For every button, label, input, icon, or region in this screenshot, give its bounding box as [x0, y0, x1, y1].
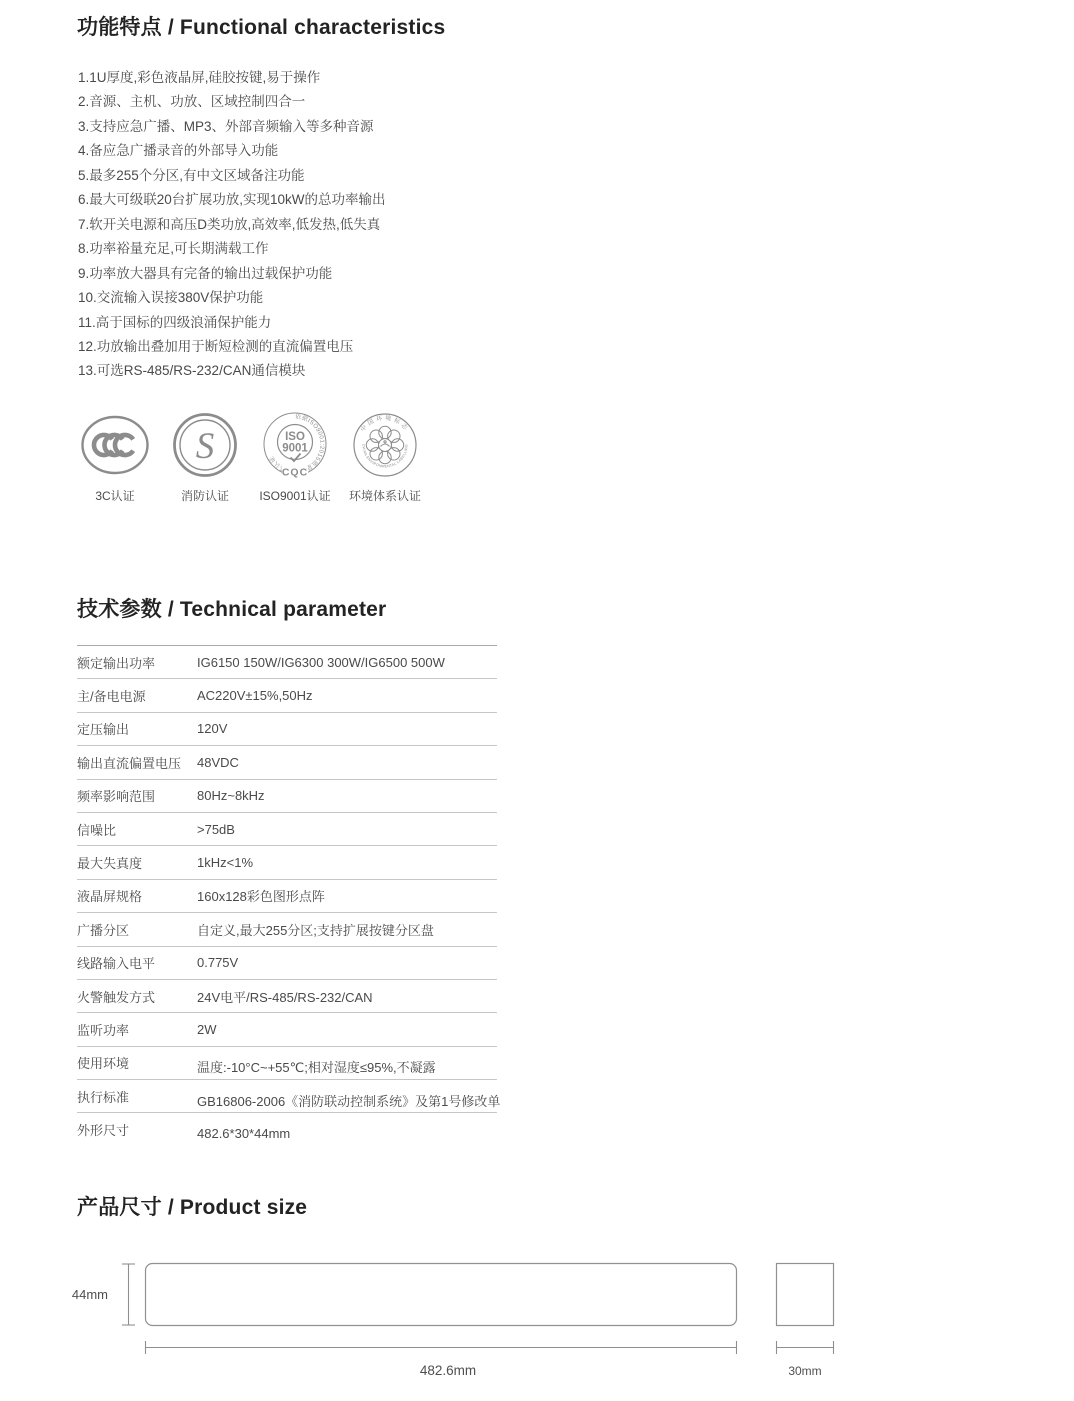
feature-item: 2.音源、主机、功放、区域控制四合一 [78, 90, 386, 114]
feature-item: 11.高于国标的四级浪涌保护能力 [78, 311, 386, 335]
iso9001-icon: 依据ISO9001:2015质量管理体系认证 ISO 9001 CQC [259, 412, 331, 482]
param-value: 0.775V [197, 955, 238, 970]
size-title-zh: 产品尺寸 [77, 1196, 162, 1219]
param-row: 最大失真度 1kHz<1% [77, 845, 497, 878]
param-value: 80Hz~8kHz [197, 788, 265, 803]
param-label: 使用环境 [77, 1053, 197, 1072]
param-value: IG6150 150W/IG6300 300W/IG6500 500W [197, 655, 445, 670]
eco-label-icon: 中国环境标志 CHINA ENVIRONMENTAL LABELLING [349, 412, 421, 482]
features-title-zh: 功能特点 [77, 16, 162, 39]
param-label: 线路输入电平 [77, 953, 197, 972]
param-row: 主/备电电源 AC220V±15%,50Hz [77, 678, 497, 711]
param-row: 使用环境 温度:-10°C~+55℃;相对湿度≤95%,不凝露 [77, 1046, 497, 1079]
product-size-diagram: 44mm 482.6mm 30mm [0, 1255, 1074, 1401]
feature-item: 1.1U厚度,彩色液晶屏,硅胶按键,易于操作 [78, 66, 386, 90]
cert-badge-ccc: 3C认证 [72, 412, 158, 504]
size-section-title: 产品尺寸 / Product size [77, 1196, 307, 1220]
certification-badges: 3C认证 S 消防认证 依据ISO9001:2015质量管理体系认证 [72, 412, 428, 504]
param-row: 输出直流偏置电压 48VDC [77, 745, 497, 778]
feature-item: 10.交流输入误接380V保护功能 [78, 286, 386, 310]
param-value: 1kHz<1% [197, 855, 253, 870]
iso-line1: ISO [285, 431, 305, 443]
param-value: >75dB [197, 822, 235, 837]
param-row: 额定输出功率 IG6150 150W/IG6300 300W/IG6500 50… [77, 645, 497, 678]
param-row: 执行标准 GB16806-2006《消防联动控制系统》及第1号修改单 [77, 1079, 497, 1112]
iso-line2: 9001 [282, 443, 308, 455]
cert-label: 3C认证 [95, 487, 134, 504]
title-separator: / [162, 1196, 180, 1219]
param-row: 监听功率 2W [77, 1012, 497, 1045]
param-label: 外形尺寸 [77, 1120, 197, 1139]
cert-label: 环境体系认证 [349, 487, 421, 504]
cert-badge-fire: S 消防认证 [162, 412, 248, 504]
feature-item: 9.功率放大器具有完备的输出过载保护功能 [78, 262, 386, 286]
feature-item: 13.可选RS-485/RS-232/CAN通信模块 [78, 359, 386, 383]
feature-item: 7.软开关电源和高压D类功放,高效率,低发热,低失真 [78, 213, 386, 237]
param-row: 频率影响范围 80Hz~8kHz [77, 779, 497, 812]
cert-badge-iso9001: 依据ISO9001:2015质量管理体系认证 ISO 9001 CQC ISO9… [252, 412, 338, 504]
param-row: 液晶屏规格 160x128彩色图形点阵 [77, 879, 497, 912]
param-row: 火警触发方式 24V电平/RS-485/RS-232/CAN [77, 979, 497, 1012]
param-label: 额定输出功率 [77, 653, 197, 672]
tech-title-zh: 技术参数 [77, 598, 162, 621]
param-label: 定压输出 [77, 719, 197, 738]
height-dimension-line [122, 1264, 135, 1325]
param-row: 线路输入电平 0.775V [77, 946, 497, 979]
tech-section-title: 技术参数 / Technical parameter [77, 598, 386, 622]
param-value: 48VDC [197, 755, 239, 770]
side-view-rect [777, 1264, 834, 1326]
iso-cqc-text: CQC [282, 467, 308, 479]
param-label: 频率影响范围 [77, 786, 197, 805]
feature-item: 4.备应急广播录音的外部导入功能 [78, 139, 386, 163]
param-label: 监听功率 [77, 1020, 197, 1039]
param-row: 外形尺寸 482.6*30*44mm [77, 1112, 497, 1145]
param-row: 信噪比 >75dB [77, 812, 497, 845]
depth-dimension-line [777, 1341, 834, 1354]
product-spec-page: 功能特点 / Functional characteristics 1.1U厚度… [0, 0, 1074, 1401]
tech-parameter-table: 额定输出功率 IG6150 150W/IG6300 300W/IG6500 50… [77, 645, 497, 1146]
tech-title-en: Technical parameter [180, 598, 387, 621]
param-label: 最大失真度 [77, 853, 197, 872]
title-separator: / [162, 16, 180, 39]
param-row: 定压输出 120V [77, 712, 497, 745]
height-dimension-label: 44mm [72, 1287, 108, 1302]
param-label: 主/备电电源 [77, 686, 197, 705]
param-value: 482.6*30*44mm [197, 1126, 290, 1141]
ccc-mark-icon [79, 412, 151, 482]
param-label: 火警触发方式 [77, 987, 197, 1006]
features-section-title: 功能特点 / Functional characteristics [77, 16, 445, 40]
param-row: 广播分区 自定义,最大255分区;支持扩展按键分区盘 [77, 912, 497, 945]
param-label: 输出直流偏置电压 [77, 753, 197, 772]
cert-badge-environment: 中国环境标志 CHINA ENVIRONMENTAL LABELLING [342, 412, 428, 504]
width-dimension-line [146, 1341, 737, 1354]
feature-item: 5.最多255个分区,有中文区域备注功能 [78, 164, 386, 188]
width-dimension-label: 482.6mm [420, 1363, 476, 1378]
size-title-en: Product size [180, 1196, 307, 1219]
fire-cert-icon: S [169, 412, 241, 482]
feature-item: 12.功放输出叠加用于断短检测的直流偏置电压 [78, 335, 386, 359]
front-view-rect [146, 1264, 737, 1326]
feature-list: 1.1U厚度,彩色液晶屏,硅胶按键,易于操作 2.音源、主机、功放、区域控制四合… [78, 66, 386, 384]
param-value: GB16806-2006《消防联动控制系统》及第1号修改单 [197, 1091, 500, 1110]
cert-label: ISO9001认证 [259, 487, 330, 504]
features-title-en: Functional characteristics [180, 16, 445, 39]
depth-dimension-label: 30mm [788, 1364, 821, 1378]
fire-cert-s-glyph: S [196, 426, 215, 467]
param-label: 执行标准 [77, 1087, 197, 1106]
param-value: 160x128彩色图形点阵 [197, 886, 325, 905]
param-value: 24V电平/RS-485/RS-232/CAN [197, 987, 373, 1006]
title-separator: / [162, 598, 180, 621]
feature-item: 6.最大可级联20台扩展功放,实现10kW的总功率输出 [78, 188, 386, 212]
cert-label: 消防认证 [181, 487, 229, 504]
param-value: 自定义,最大255分区;支持扩展按键分区盘 [197, 920, 434, 939]
param-label: 信噪比 [77, 820, 197, 839]
svg-text:中国环境标志: 中国环境标志 [359, 414, 411, 433]
param-label: 广播分区 [77, 920, 197, 939]
feature-item: 8.功率裕量充足,可长期满载工作 [78, 237, 386, 261]
param-value: 温度:-10°C~+55℃;相对湿度≤95%,不凝露 [197, 1057, 436, 1076]
param-value: 2W [197, 1022, 217, 1037]
param-label: 液晶屏规格 [77, 886, 197, 905]
feature-item: 3.支持应急广播、MP3、外部音频输入等多种音源 [78, 115, 386, 139]
param-value: AC220V±15%,50Hz [197, 688, 313, 703]
eco-ring-top-text: 中国环境标志 [359, 414, 411, 433]
param-value: 120V [197, 721, 227, 736]
